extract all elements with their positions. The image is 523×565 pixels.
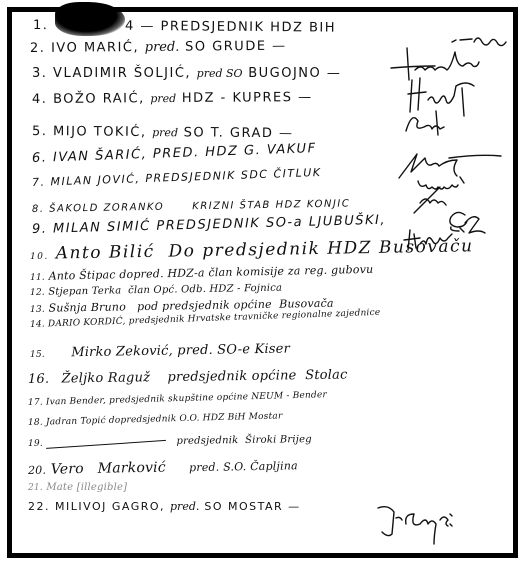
line-number: 14.	[30, 319, 45, 330]
line-text: 5.	[32, 124, 48, 139]
line-number: 20.	[28, 464, 46, 477]
line-number: 12.	[30, 288, 45, 298]
line-number: 18.	[28, 418, 43, 428]
list-item: 21. Mate [illegible]	[28, 482, 127, 493]
line-number: 16.	[28, 372, 49, 387]
line-text: 8.	[32, 204, 45, 215]
line-text: 3.	[32, 66, 47, 81]
line-text: 9.	[32, 222, 48, 237]
list-item: 1. 4 — PREDSJEDNIK HDZ BIH	[33, 18, 336, 36]
line-number: 13.	[30, 305, 45, 315]
line-text: 2.	[30, 41, 46, 56]
line-text: MILIVOJ GAGRO, pred. SO MOSTAR —	[55, 500, 301, 513]
list-item: 5. MIJO TOKIĆ, pred SO T. GRAD —	[32, 124, 294, 141]
line-number: 11.	[30, 273, 45, 283]
line-number: 21.	[28, 483, 43, 493]
line-number: 15.	[30, 350, 45, 360]
line-text: 4.	[32, 92, 48, 107]
signature-4	[400, 105, 460, 135]
line-number: 22.	[28, 500, 50, 513]
line-text: Mate [illegible]	[46, 482, 127, 493]
signature-22	[370, 500, 460, 545]
list-item: 3. VLADIMIR ŠOLJIĆ, pred SO BUGOJNO —	[32, 66, 341, 81]
signature-8	[400, 224, 500, 254]
line-number: 17.	[28, 398, 43, 408]
list-item: 22. MILIVOJ GAGRO, pred. SO MOSTAR —	[28, 500, 301, 513]
line-text: 6.	[32, 150, 48, 166]
list-item: 4. BOŽO RAIĆ, pred HDZ - KUPRES —	[32, 90, 313, 107]
line-text: BOŽO RAIĆ, pred HDZ - KUPRES —	[53, 90, 313, 107]
line-text: MIJO TOKIĆ, pred SO T. GRAD —	[53, 124, 294, 141]
line-number: 19.	[28, 439, 43, 449]
line-text: VLADIMIR ŠOLJIĆ, pred SO BUGOJNO —	[53, 66, 341, 81]
list-item: 2. IVO MARIĆ, pred. SO GRUDE —	[30, 39, 287, 56]
line-number: 1.	[33, 18, 49, 33]
line-text: 7.	[32, 176, 46, 189]
line-text: 4 — PREDSJEDNIK HDZ BIH	[125, 19, 336, 36]
line-text: IVO MARIĆ, pred. SO GRUDE —	[51, 39, 287, 56]
line-number: 10.	[30, 252, 49, 262]
